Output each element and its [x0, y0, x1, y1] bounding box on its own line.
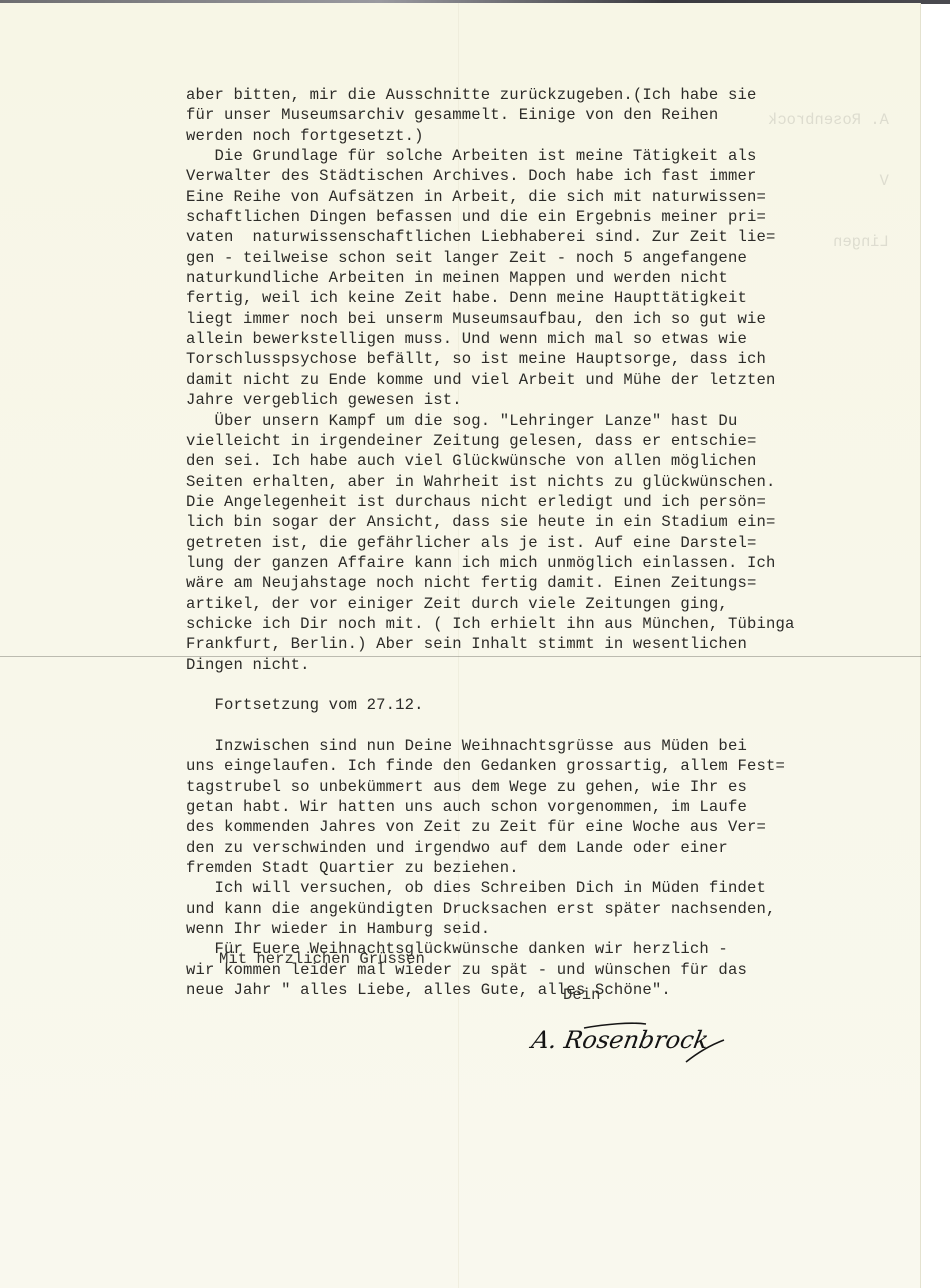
text-line: Frankfurt, Berlin.) Aber sein Inhalt sti…: [186, 634, 906, 654]
letter-paragraph: Die Grundlage für solche Arbeiten ist me…: [186, 146, 906, 410]
text-line: Fortsetzung vom 27.12.: [186, 695, 906, 715]
letter-paragraph: Inzwischen sind nun Deine Weihnachtsgrüs…: [186, 736, 906, 878]
closing-line: Mit herzlichen Grüssen: [219, 950, 425, 968]
text-line: für unser Museumsarchiv gesammelt. Einig…: [186, 105, 906, 125]
text-line: damit nicht zu Ende komme und viel Arbei…: [186, 370, 906, 390]
text-line: fremden Stadt Quartier zu beziehen.: [186, 858, 906, 878]
text-line: den sei. Ich habe auch viel Glückwünsche…: [186, 451, 906, 471]
text-line: Dingen nicht.: [186, 655, 906, 675]
text-line: Die Grundlage für solche Arbeiten ist me…: [186, 146, 906, 166]
text-line: allein bewerkstelligen muss. Und wenn mi…: [186, 329, 906, 349]
letter-paragraph: Über unsern Kampf um die sog. "Lehringer…: [186, 411, 906, 675]
letter-paragraph: Für Euere Weihnachtsglückwünsche danken …: [186, 939, 906, 1000]
text-line: naturkundliche Arbeiten in meinen Mappen…: [186, 268, 906, 288]
text-line: wäre am Neujahstage noch nicht fertig da…: [186, 573, 906, 593]
text-line: des kommenden Jahres von Zeit zu Zeit fü…: [186, 817, 906, 837]
text-line: getan habt. Wir hatten uns auch schon vo…: [186, 797, 906, 817]
text-line: neue Jahr " alles Liebe, alles Gute, all…: [186, 980, 906, 1000]
text-line: vaten naturwissenschaftlichen Liebhabere…: [186, 227, 906, 247]
text-line: Seiten erhalten, aber in Wahrheit ist ni…: [186, 472, 906, 492]
text-line: fertig, weil ich keine Zeit habe. Denn m…: [186, 288, 906, 308]
text-line: Verwalter des Städtischen Archives. Doch…: [186, 166, 906, 186]
letter-paragraph: Ich will versuchen, ob dies Schreiben Di…: [186, 878, 906, 939]
text-line: schicke ich Dir noch mit. ( Ich erhielt …: [186, 614, 906, 634]
text-line: liegt immer noch bei unserm Museumsaufba…: [186, 309, 906, 329]
text-line: lich bin sogar der Ansicht, dass sie heu…: [186, 512, 906, 532]
text-line: schaftlichen Dingen befassen und die ein…: [186, 207, 906, 227]
letter-body: aber bitten, mir die Ausschnitte zurückz…: [186, 85, 906, 1000]
text-line: Torschlusspsychose befällt, so ist meine…: [186, 349, 906, 369]
text-line: Inzwischen sind nun Deine Weihnachtsgrüs…: [186, 736, 906, 756]
text-line: den zu verschwinden und irgendwo auf dem…: [186, 838, 906, 858]
handwritten-signature: A. Rosenbrock: [526, 1016, 736, 1072]
text-line: wenn Ihr wieder in Hamburg seid.: [186, 919, 906, 939]
letter-paragraph: aber bitten, mir die Ausschnitte zurückz…: [186, 85, 906, 146]
blank-line: [186, 675, 906, 695]
blank-line: [186, 716, 906, 736]
scanned-letter-page: A. Rosenbrock V Lingen aber bitten, mir …: [0, 0, 950, 1288]
continuation-date-heading: Fortsetzung vom 27.12.: [186, 695, 906, 715]
text-line: aber bitten, mir die Ausschnitte zurückz…: [186, 85, 906, 105]
text-line: Über unsern Kampf um die sog. "Lehringer…: [186, 411, 906, 431]
text-line: uns eingelaufen. Ich finde den Gedanken …: [186, 756, 906, 776]
text-line: tagstrubel so unbekümmert aus dem Wege z…: [186, 777, 906, 797]
text-line: Jahre vergeblich gewesen ist.: [186, 390, 906, 410]
text-line: und kann die angekündigten Drucksachen e…: [186, 899, 906, 919]
valediction: Dein: [563, 986, 600, 1004]
text-line: getreten ist, die gefährlicher als je is…: [186, 533, 906, 553]
text-line: vielleicht in irgendeiner Zeitung gelese…: [186, 431, 906, 451]
text-line: werden noch fortgesetzt.): [186, 126, 906, 146]
text-line: Die Angelegenheit ist durchaus nicht erl…: [186, 492, 906, 512]
text-line: Eine Reihe von Aufsätzen in Arbeit, die …: [186, 187, 906, 207]
text-line: Ich will versuchen, ob dies Schreiben Di…: [186, 878, 906, 898]
text-line: artikel, der vor einiger Zeit durch viel…: [186, 594, 906, 614]
text-line: lung der ganzen Affaire kann ich mich un…: [186, 553, 906, 573]
signature-text: A. Rosenbrock: [530, 1026, 711, 1054]
text-line: gen - teilweise schon seit langer Zeit -…: [186, 248, 906, 268]
